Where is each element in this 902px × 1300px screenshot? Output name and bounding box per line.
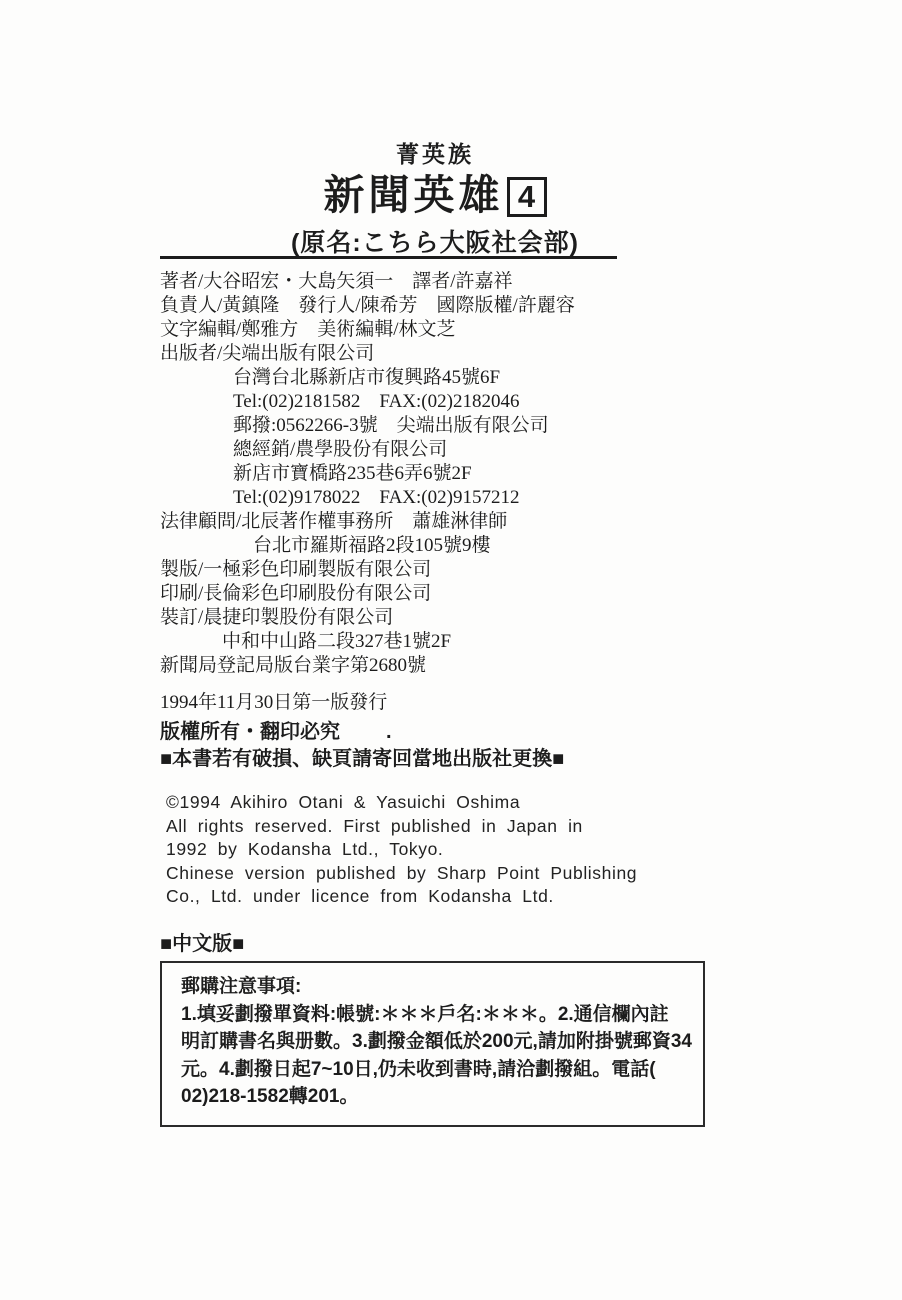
- distributor-tel-fax: Tel:(02)9178022 FAX:(02)9157212: [160, 486, 720, 510]
- editor-line: 文字編輯/鄭雅方 美術編輯/林文芝: [160, 318, 720, 342]
- chinese-edition-marker: ■中文版■: [160, 927, 244, 956]
- book-colophon-page: 菁英族 新聞英雄4 (原名:こちら大阪社会部) 著者/大谷昭宏・大島矢須一 譯者…: [0, 0, 902, 1300]
- replacement-notice-line: ■本書若有破損、缺頁請寄回當地出版社更換■: [160, 746, 720, 773]
- distributor-line: 總經銷/農學股份有限公司: [160, 438, 720, 462]
- horizontal-divider: [160, 256, 617, 259]
- book-title: 新聞英雄4: [160, 172, 710, 218]
- series-name: 菁英族: [160, 136, 710, 169]
- volume-number-box: 4: [507, 177, 547, 217]
- publisher-line: 出版者/尖端出版有限公司: [160, 342, 720, 366]
- english-copyright-line: Chinese version published by Sharp Point…: [166, 862, 726, 886]
- binding-address: 中和中山路二段327巷1號2F: [160, 630, 720, 654]
- english-copyright-line: All rights reserved. First published in …: [166, 815, 726, 839]
- publisher-address: 台灣台北縣新店市復興路45號6F: [160, 366, 720, 390]
- colophon-credits: 著者/大谷昭宏・大島矢須一 譯者/許嘉祥 負責人/黃鎮隆 發行人/陳希芳 國際版…: [160, 270, 720, 678]
- english-copyright-block: ©1994 Akihiro Otani & Yasuichi Oshima Al…: [166, 791, 726, 909]
- legal-advisor-address: 台北市羅斯福路2段105號9樓: [160, 534, 720, 558]
- mail-order-line: 明訂購書名與册數。3.劃撥金額低於200元,請加附掛號郵資34: [181, 1028, 689, 1056]
- legal-advisor-line: 法律顧問/北辰著作權事務所 蕭雄淋律師: [160, 510, 720, 534]
- book-header: 菁英族 新聞英雄4 (原名:こちら大阪社会部): [160, 136, 710, 259]
- binding-line: 裝訂/晨捷印製股份有限公司: [160, 606, 720, 630]
- publisher-tel-fax: Tel:(02)2181582 FAX:(02)2182046: [160, 390, 720, 414]
- rights-notices: 版權所有・翻印必究. ■本書若有破損、缺頁請寄回當地出版社更換■: [160, 719, 720, 773]
- postal-transfer-account: 郵撥:0562266-3號 尖端出版有限公司: [160, 414, 720, 438]
- english-copyright-line: Co., Ltd. under licence from Kodansha Lt…: [166, 885, 726, 909]
- mail-order-line: 1.填妥劃撥單資料:帳號:＊＊＊戶名:＊＊＊。2.通信欄內註: [181, 1001, 689, 1029]
- edition-date-line: 1994年11月30日第一版發行: [160, 687, 387, 714]
- staff-line: 負責人/黃鎮隆 發行人/陳希芳 國際版權/許麗容: [160, 294, 720, 318]
- copyright-notice-text: 版權所有・翻印必究: [160, 721, 340, 743]
- printing-line: 印刷/長倫彩色印刷股份有限公司: [160, 582, 720, 606]
- plate-making-line: 製版/一極彩色印刷製版有限公司: [160, 558, 720, 582]
- mail-order-line: 02)218-1582轉201。: [181, 1083, 689, 1111]
- author-line: 著者/大谷昭宏・大島矢須一 譯者/許嘉祥: [160, 270, 720, 294]
- copyright-notice-line: 版權所有・翻印必究.: [160, 719, 720, 746]
- stray-print-mark: .: [386, 719, 392, 746]
- mail-order-title: 郵購注意事項:: [181, 973, 689, 1001]
- gio-registration-line: 新聞局登記局版台業字第2680號: [160, 654, 720, 678]
- original-title: (原名:こちら大阪社会部): [160, 223, 710, 259]
- mail-order-line: 元。4.劃撥日起7~10日,仍未收到書時,請洽劃撥組。電話(: [181, 1056, 689, 1084]
- mail-order-notice-box: 郵購注意事項: 1.填妥劃撥單資料:帳號:＊＊＊戶名:＊＊＊。2.通信欄內註 明…: [160, 961, 705, 1127]
- distributor-address: 新店市寶橋路235巷6弄6號2F: [160, 462, 720, 486]
- english-copyright-line: 1992 by Kodansha Ltd., Tokyo.: [166, 838, 726, 862]
- book-title-text: 新聞英雄: [324, 172, 504, 218]
- english-copyright-line: ©1994 Akihiro Otani & Yasuichi Oshima: [166, 791, 726, 815]
